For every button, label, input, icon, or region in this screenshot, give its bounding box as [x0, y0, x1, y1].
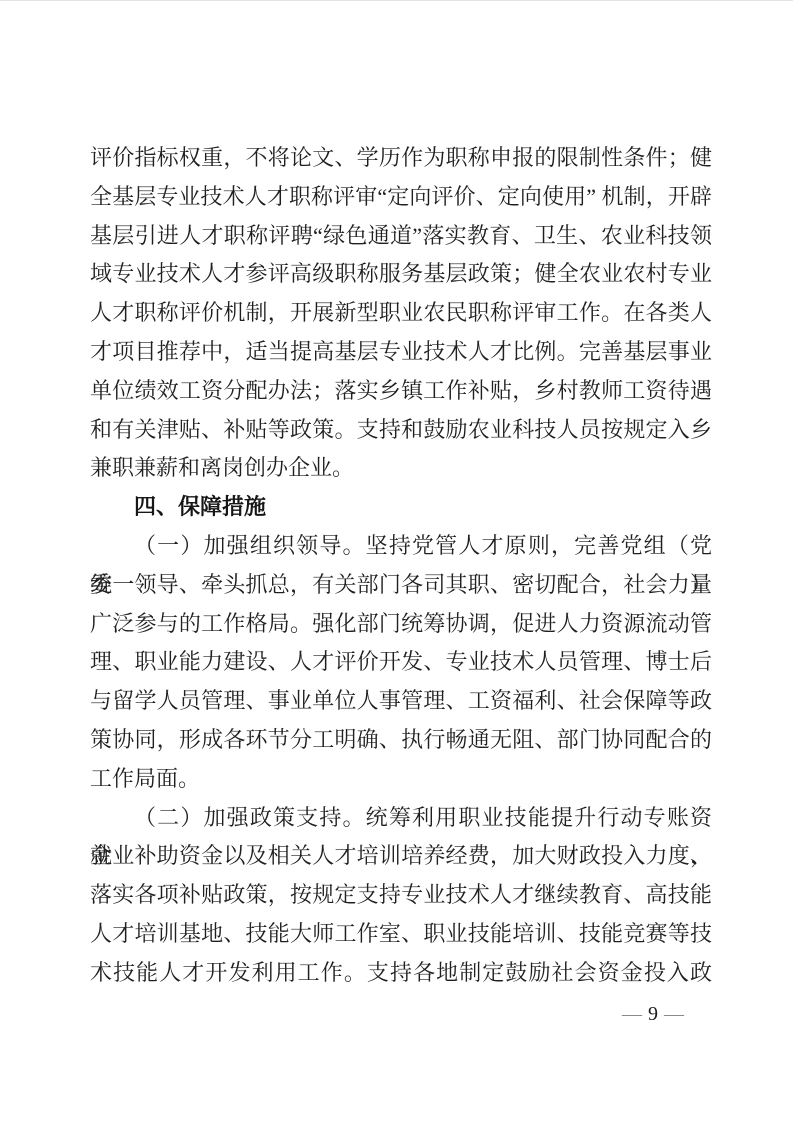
text-line: 术技能人才开发利用工作。支持各地制定鼓励社会资金投入政 — [90, 954, 712, 993]
text-line: 理、职业能力建设、人才评价开发、专业技术人员管理、博士后 — [90, 643, 712, 682]
text-line: 策协同，形成各环节分工明确、执行畅通无阻、部门协同配合的 — [90, 721, 712, 760]
text-line: 广泛参与的工作格局。强化部门统筹协调，促进人力资源流动管 — [90, 605, 712, 644]
text-line: 兼职兼薪和离岗创办企业。 — [90, 449, 712, 488]
text-line: 才项目推荐中，适当提高基层专业技术人才比例。完善基层事业 — [90, 333, 712, 372]
text-line: 与留学人员管理、事业单位人事管理、工资福利、社会保障等政 — [90, 682, 712, 721]
text-line: 工作局面。 — [90, 760, 712, 799]
text-line: 单位绩效工资分配办法；落实乡镇工作补贴，乡村教师工资待遇 — [90, 372, 712, 411]
text-line: 就业补助资金以及相关人才培训培养经费，加大财政投入力度， — [90, 837, 712, 876]
document-body: 评价指标权重，不将论文、学历作为职称申报的限制性条件；健全基层专业技术人才职称评… — [90, 139, 712, 993]
page-top-edge — [0, 0, 793, 1]
footer-dash-right: — — [664, 1003, 684, 1025]
page-number: 9 — [648, 1003, 658, 1025]
text-line: 评价指标权重，不将论文、学历作为职称申报的限制性条件；健 — [90, 139, 712, 178]
text-line: 和有关津贴、补贴等政策。支持和鼓励农业科技人员按规定入乡 — [90, 411, 712, 450]
text-line: 基层引进人才职称评聘“绿色通道”落实教育、卫生、农业科技领 — [90, 217, 712, 256]
section-heading: 四、保障措施 — [90, 488, 712, 527]
text-line: 人才职称评价机制，开展新型职业农民职称评审工作。在各类人 — [90, 294, 712, 333]
text-line: 落实各项补贴政策，按规定支持专业技术人才继续教育、高技能 — [90, 876, 712, 915]
text-line: （二）加强政策支持。统筹利用职业技能提升行动专账资金、 — [90, 799, 712, 838]
footer-dash-left: — — [622, 1003, 642, 1025]
text-line: 统一领导、牵头抓总，有关部门各司其职、密切配合，社会力量 — [90, 566, 712, 605]
page-footer: —9— — [622, 1002, 684, 1026]
text-line: （一）加强组织领导。坚持党管人才原则，完善党组（党委） — [90, 527, 712, 566]
text-line: 人才培训基地、技能大师工作室、职业技能培训、技能竞赛等技 — [90, 915, 712, 954]
text-line: 全基层专业技术人才职称评审“定向评价、定向使用” 机制，开辟 — [90, 178, 712, 217]
text-line: 域专业技术人才参评高级职称服务基层政策；健全农业农村专业 — [90, 255, 712, 294]
document-page: 评价指标权重，不将论文、学历作为职称申报的限制性条件；健全基层专业技术人才职称评… — [0, 0, 793, 1122]
